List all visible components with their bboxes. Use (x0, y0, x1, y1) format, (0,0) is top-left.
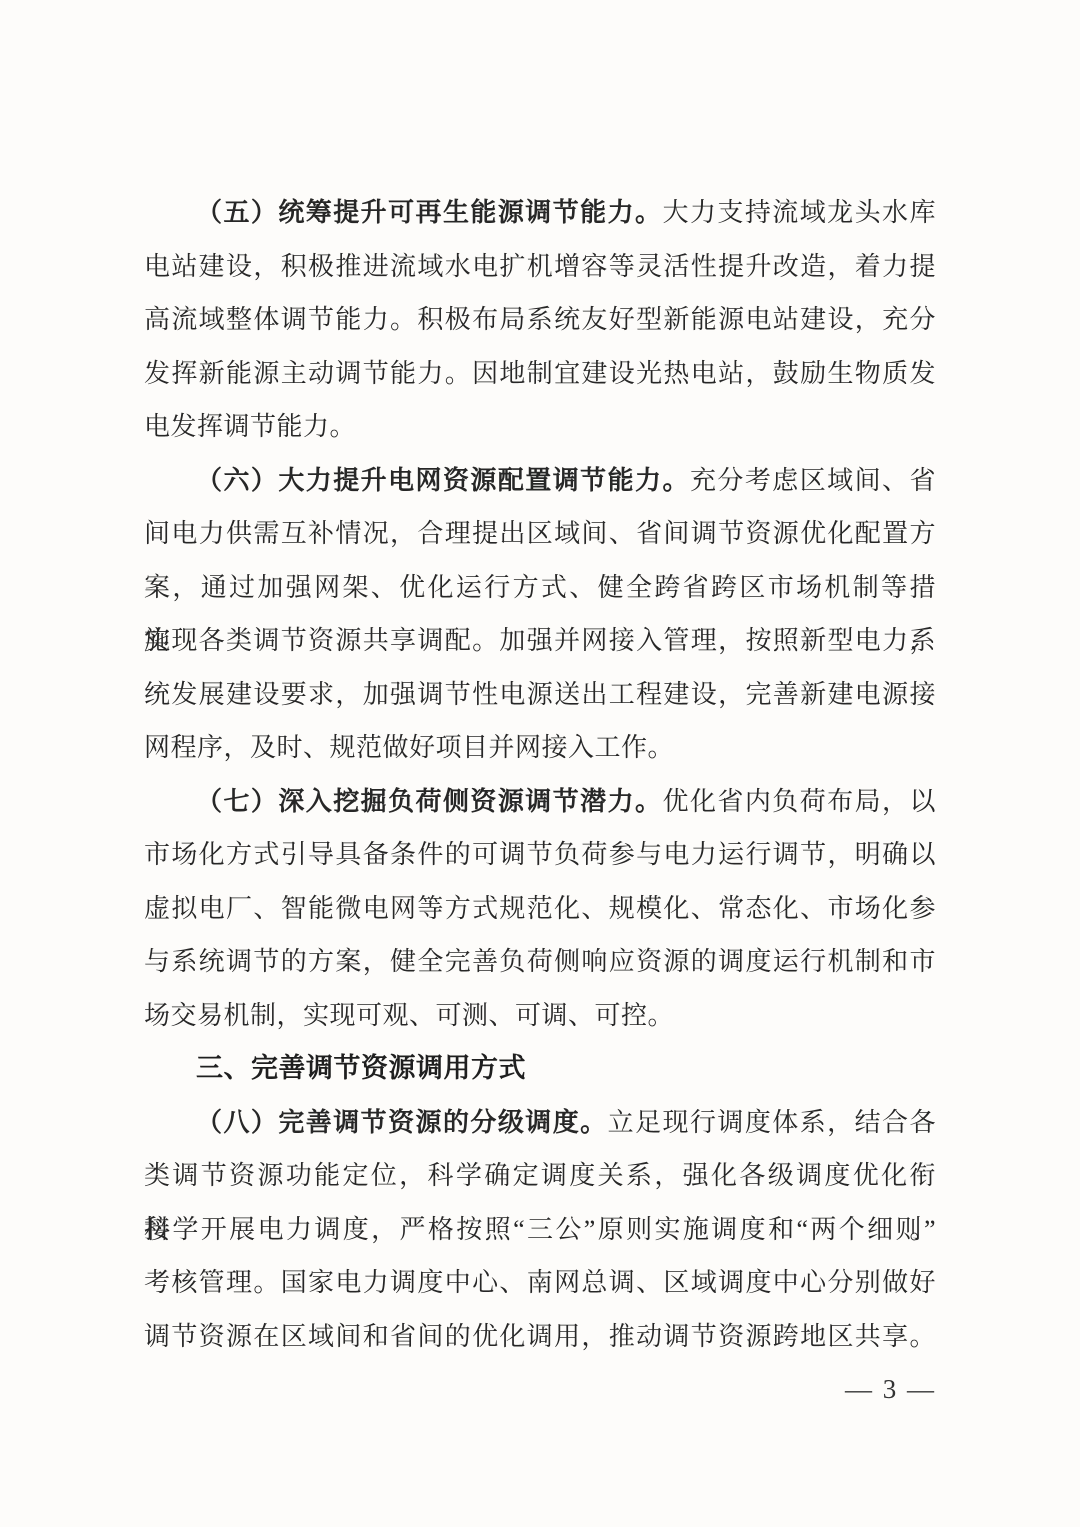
document-body: （五）统筹提升可再生能源调节能力。大力支持流域龙头水库电站建设，积极推进流域水电… (144, 186, 936, 1363)
body-text: 虚拟电厂、智能微电网等方式规范化、规模化、常态化、市场化参 (144, 894, 936, 923)
text-line: 网程序，及时、规范做好项目并网接入工作。 (144, 721, 936, 775)
paragraph-lead-text: （六）大力提升电网资源配置调节能力。 (196, 466, 690, 495)
text-line: 类调节资源功能定位，科学确定调度关系，强化各级调度优化衔接。 (144, 1149, 936, 1203)
document-viewport: { "page": { "background_color": "#fdfcfa… (0, 0, 1080, 1527)
text-line: 科学开展电力调度，严格按照“三公”原则实施调度和“两个细则” (144, 1203, 936, 1257)
text-line: 间电力供需互补情况，合理提出区域间、省间调节资源优化配置方 (144, 507, 936, 561)
body-text: 科学开展电力调度，严格按照“三公”原则实施调度和“两个细则” (144, 1215, 936, 1244)
body-text: 优化省内负荷布局，以 (663, 787, 936, 816)
body-text: 电发挥调节能力。 (144, 412, 356, 441)
body-text: 调节资源在区域间和省间的优化调用，推动调节资源跨地区共享。 (144, 1322, 936, 1351)
text-line: 市场化方式引导具备条件的可调节负荷参与电力运行调节，明确以 (144, 828, 936, 882)
body-text: 立足现行调度体系，结合各 (608, 1108, 936, 1137)
section-heading-text: 三、完善调节资源调用方式 (196, 1053, 526, 1083)
body-text: 与系统调节的方案，健全完善负荷侧响应资源的调度运行机制和市 (144, 947, 936, 976)
text-line: 案，通过加强网架、优化运行方式、健全跨省跨区市场机制等措施， (144, 561, 936, 615)
body-text: 大力支持流域龙头水库 (663, 198, 936, 227)
body-text: 场交易机制，实现可观、可测、可调、可控。 (144, 1001, 674, 1030)
document-page: （五）统筹提升可再生能源调节能力。大力支持流域龙头水库电站建设，积极推进流域水电… (144, 186, 936, 1417)
text-line: 考核管理。国家电力调度中心、南网总调、区域调度中心分别做好 (144, 1256, 936, 1310)
body-text: 高流域整体调节能力。积极布局系统友好型新能源电站建设，充分 (144, 305, 936, 334)
text-line: 电站建设，积极推进流域水电扩机增容等灵活性提升改造，着力提 (144, 240, 936, 294)
text-line: （五）统筹提升可再生能源调节能力。大力支持流域龙头水库 (144, 186, 936, 240)
body-text: 间电力供需互补情况，合理提出区域间、省间调节资源优化配置方 (144, 519, 936, 548)
text-line: 发挥新能源主动调节能力。因地制宜建设光热电站，鼓励生物质发 (144, 347, 936, 401)
text-line: 实现各类调节资源共享调配。加强并网接入管理，按照新型电力系 (144, 614, 936, 668)
paragraph-lead-text: （五）统筹提升可再生能源调节能力。 (196, 198, 663, 227)
paragraph-lead-text: （七）深入挖掘负荷侧资源调节潜力。 (196, 787, 663, 816)
body-text: 充分考虑区域间、省 (690, 466, 936, 495)
text-line: 高流域整体调节能力。积极布局系统友好型新能源电站建设，充分 (144, 293, 936, 347)
text-line: （六）大力提升电网资源配置调节能力。充分考虑区域间、省 (144, 454, 936, 508)
section-heading: 三、完善调节资源调用方式 (144, 1042, 936, 1096)
body-text: 网程序，及时、规范做好项目并网接入工作。 (144, 733, 674, 762)
text-line: 虚拟电厂、智能微电网等方式规范化、规模化、常态化、市场化参 (144, 882, 936, 936)
text-line: （七）深入挖掘负荷侧资源调节潜力。优化省内负荷布局，以 (144, 775, 936, 829)
text-line: 与系统调节的方案，健全完善负荷侧响应资源的调度运行机制和市 (144, 935, 936, 989)
text-line: 统发展建设要求，加强调节性电源送出工程建设，完善新建电源接 (144, 668, 936, 722)
text-line: 调节资源在区域间和省间的优化调用，推动调节资源跨地区共享。 (144, 1310, 936, 1364)
body-text: 电站建设，积极推进流域水电扩机增容等灵活性提升改造，着力提 (144, 252, 936, 281)
body-text: 发挥新能源主动调节能力。因地制宜建设光热电站，鼓励生物质发 (144, 359, 936, 388)
page-number: — 3 — (144, 1363, 936, 1417)
body-text: 实现各类调节资源共享调配。加强并网接入管理，按照新型电力系 (144, 626, 936, 655)
text-line: 场交易机制，实现可观、可测、可调、可控。 (144, 989, 936, 1043)
paragraph-lead-text: （八）完善调节资源的分级调度。 (196, 1108, 608, 1137)
body-text: 统发展建设要求，加强调节性电源送出工程建设，完善新建电源接 (144, 680, 936, 709)
body-text: 考核管理。国家电力调度中心、南网总调、区域调度中心分别做好 (144, 1268, 936, 1297)
body-text: 市场化方式引导具备条件的可调节负荷参与电力运行调节，明确以 (144, 840, 936, 869)
text-line: 电发挥调节能力。 (144, 400, 936, 454)
text-line: （八）完善调节资源的分级调度。立足现行调度体系，结合各 (144, 1096, 936, 1150)
